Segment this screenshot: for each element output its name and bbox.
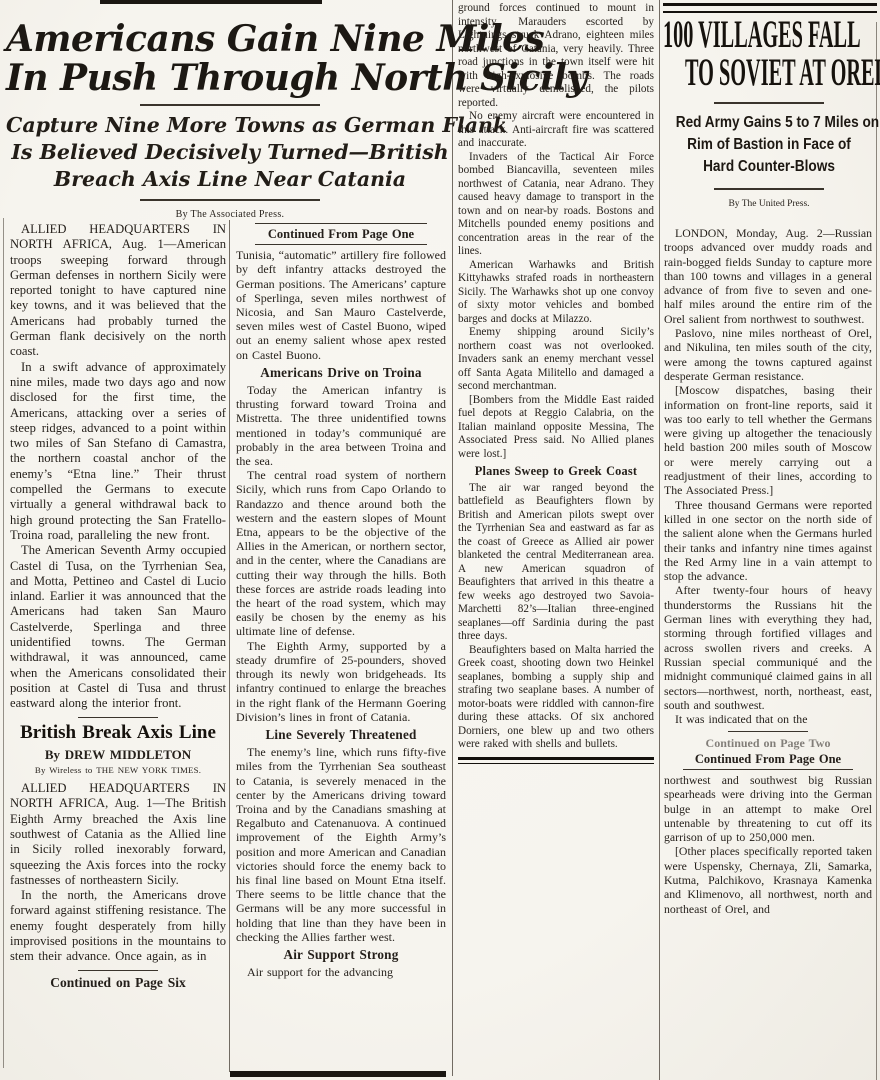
- paragraph: The air war ranged beyond the battlefiel…: [458, 482, 654, 644]
- byline-drew-middleton: By DREW MIDDLETON: [10, 747, 226, 762]
- soviet-article-top-rule: [663, 3, 877, 13]
- column-divider: [229, 220, 230, 1072]
- paragraph: LONDON, Monday, Aug. 2—Russian troops ad…: [664, 226, 872, 326]
- paragraph: American Warhawks and British Kittyhawks…: [458, 259, 654, 327]
- column-3-body: ground forces continued to mount in inte…: [458, 2, 654, 764]
- continued-on-page-two: Continued on Page Two: [664, 736, 872, 750]
- headline-line: Is Believed Decisively Turned—British: [6, 139, 454, 166]
- lead-byline: By The Associated Press.: [6, 209, 454, 220]
- lead-headline: Americans Gain Nine MilesIn Push Through…: [6, 20, 454, 98]
- paragraph: Enemy shipping around Sicily’s northern …: [458, 326, 654, 394]
- soviet-byline: By The United Press.: [663, 199, 875, 209]
- paragraph: In a swift advance of approximately nine…: [10, 360, 226, 544]
- headline-line: Rim of Bastion in Face of: [676, 134, 863, 156]
- column-divider: [659, 0, 660, 1080]
- paragraph: It was indicated that on the: [664, 712, 872, 726]
- headline-line: Americans Gain Nine Miles: [6, 20, 454, 59]
- continued-on-page-six: Continued on Page Six: [10, 975, 226, 990]
- page-left-edge-line: [3, 218, 4, 1068]
- paragraph: Paslovo, nine miles northeast of Orel, a…: [664, 326, 872, 383]
- continued-rule: [683, 769, 854, 770]
- paragraph: The enemy’s line, which runs fifty-five …: [236, 745, 446, 944]
- bottom-edge-bar: [230, 1071, 446, 1077]
- end-rule: [458, 757, 654, 764]
- newspaper-page: Americans Gain Nine MilesIn Push Through…: [0, 0, 880, 1080]
- headline-line: 100 VILLAGES FALL: [663, 16, 773, 54]
- paragraph: [Other places specifically reported take…: [664, 844, 872, 915]
- deck-rule: [140, 199, 320, 201]
- soviet-deck: Red Army Gains 5 to 7 Miles onRim of Bas…: [663, 112, 875, 178]
- soviet-article-header: 100 VILLAGES FALLTO SOVIET AT OREL Red A…: [663, 16, 875, 209]
- section-rule: [78, 970, 158, 971]
- page-right-edge-line: [876, 22, 877, 1080]
- paragraph: Beaufighters based on Malta harried the …: [458, 644, 654, 752]
- paragraph: Air support for the advancing: [236, 965, 446, 979]
- wireless-credit: By Wireless to THE NEW YORK TIMES.: [10, 763, 226, 778]
- headline-line: Capture Nine More Towns as German Flank: [6, 112, 454, 139]
- paragraph: In the north, the Americans drove forwar…: [10, 888, 226, 964]
- paragraph: ground forces continued to mount in inte…: [458, 2, 654, 110]
- subhead-americans-drive-on-troina: Americans Drive on Troina: [236, 366, 446, 380]
- subhead-british-break-axis-line: British Break Axis Line: [10, 722, 226, 744]
- soviet-headline: 100 VILLAGES FALLTO SOVIET AT OREL: [663, 16, 875, 92]
- paragraph: No enemy aircraft were encountered in th…: [458, 110, 654, 151]
- headline-line: In Push Through North Sicily: [6, 59, 454, 98]
- continued-rule: [255, 244, 427, 245]
- column-2-body: Continued From Page OneTunisia, “automat…: [236, 220, 446, 979]
- section-rule: [728, 731, 808, 732]
- paragraph: [Moscow dispatches, basing their informa…: [664, 383, 872, 497]
- subhead-planes-sweep-to-greek-coast: Planes Sweep to Greek Coast: [458, 465, 654, 479]
- paragraph: Invaders of the Tactical Air Force bombe…: [458, 151, 654, 259]
- column-4-body: LONDON, Monday, Aug. 2—Russian troops ad…: [664, 226, 872, 916]
- headline-rule: [140, 104, 320, 106]
- headline-rule: [714, 102, 824, 104]
- headline-line: TO SOVIET AT OREL: [685, 54, 784, 92]
- paragraph: The central road system of northern Sici…: [236, 468, 446, 638]
- lead-deck: Capture Nine More Towns as German FlankI…: [6, 112, 454, 193]
- subhead-air-support-strong: Air Support Strong: [236, 948, 446, 962]
- paragraph: The American Seventh Army occupied Caste…: [10, 543, 226, 711]
- paragraph: Today the American infantry is thrusting…: [236, 383, 446, 468]
- paragraph: northwest and southwest big Russian spea…: [664, 773, 872, 844]
- paragraph: ALLIED HEADQUARTERS IN NORTH AFRICA, Aug…: [10, 781, 226, 888]
- top-edge-bar: [100, 0, 322, 4]
- paragraph: The Eighth Army, supported by a steady d…: [236, 639, 446, 724]
- paragraph: Tunisia, “automatic” artillery fire foll…: [236, 248, 446, 362]
- paragraph: [Bombers from the Middle East raided fue…: [458, 394, 654, 462]
- headline-line: Red Army Gains 5 to 7 Miles on: [676, 112, 863, 134]
- column-1-body: ALLIED HEADQUARTERS IN NORTH AFRICA, Aug…: [10, 222, 226, 990]
- paragraph: ALLIED HEADQUARTERS IN NORTH AFRICA, Aug…: [10, 222, 226, 360]
- subhead-line-severely-threatened: Line Severely Threatened: [236, 728, 446, 742]
- deck-rule: [714, 188, 824, 190]
- headline-line: Breach Axis Line Near Catania: [6, 166, 454, 193]
- headline-line: Hard Counter-Blows: [676, 156, 863, 178]
- continued-rule: [255, 223, 427, 224]
- section-rule: [78, 717, 158, 718]
- paragraph: After twenty-four hours of heavy thunder…: [664, 583, 872, 712]
- lead-article-header: Americans Gain Nine MilesIn Push Through…: [6, 20, 454, 220]
- continued-from-page-one: Continued From Page One: [664, 752, 872, 766]
- paragraph: Three thousand Germans were reported kil…: [664, 498, 872, 584]
- continued-from-page-one: Continued From Page One: [236, 227, 446, 241]
